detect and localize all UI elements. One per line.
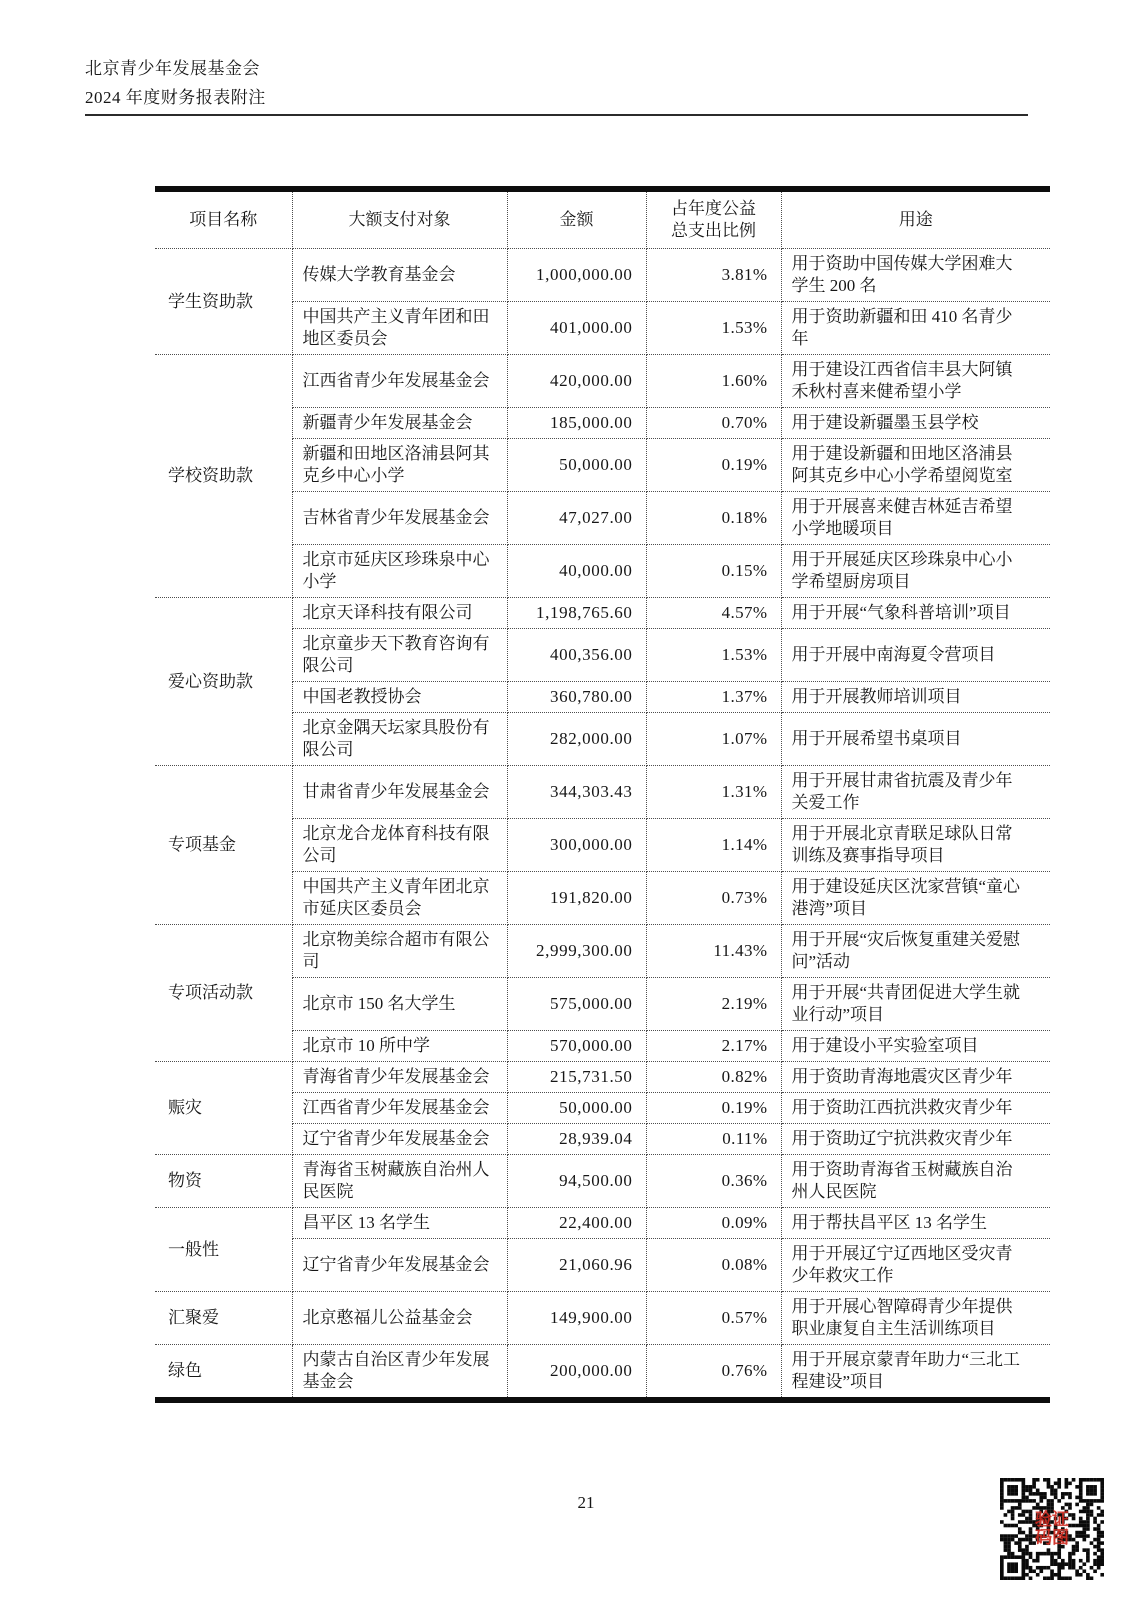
- ratio-cell: 2.19%: [646, 978, 781, 1031]
- purpose-cell: 用于资助青海地震灾区青少年: [781, 1062, 1050, 1093]
- group-name-cell: 学校资助款: [155, 355, 292, 598]
- payee-cell: 青海省玉树藏族自治州人民医院: [292, 1155, 507, 1208]
- table-row: 赈灾 青海省青少年发展基金会 215,731.50 0.82% 用于资助青海地震…: [155, 1062, 1050, 1093]
- payee-cell: 江西省青少年发展基金会: [292, 1093, 507, 1124]
- amount-cell: 1,000,000.00: [507, 249, 646, 302]
- ratio-cell: 3.81%: [646, 249, 781, 302]
- payee-cell: 昌平区 13 名学生: [292, 1208, 507, 1239]
- ratio-cell: 0.76%: [646, 1345, 781, 1401]
- payee-cell: 青海省青少年发展基金会: [292, 1062, 507, 1093]
- purpose-cell: 用于开展延庆区珍珠泉中心小学希望厨房项目: [781, 545, 1050, 598]
- payments-table: 项目名称 大额支付对象 金额 占年度公益总支出比例 用途 学生资助款 传媒大学教…: [155, 186, 1050, 1403]
- ratio-cell: 0.19%: [646, 1093, 781, 1124]
- amount-cell: 28,939.04: [507, 1124, 646, 1155]
- ratio-cell: 0.15%: [646, 545, 781, 598]
- purpose-cell: 用于建设江西省信丰县大阿镇禾秋村喜来健希望小学: [781, 355, 1050, 408]
- group-name-cell: 绿色: [155, 1345, 292, 1401]
- group-name-cell: 汇聚爱: [155, 1292, 292, 1345]
- amount-cell: 50,000.00: [507, 1093, 646, 1124]
- amount-cell: 185,000.00: [507, 408, 646, 439]
- ratio-cell: 0.57%: [646, 1292, 781, 1345]
- payee-cell: 中国老教授协会: [292, 682, 507, 713]
- ratio-cell: 1.37%: [646, 682, 781, 713]
- payee-cell: 新疆和田地区洛浦县阿其克乡中心小学: [292, 439, 507, 492]
- group-name-cell: 专项基金: [155, 766, 292, 925]
- column-header-ratio: 占年度公益总支出比例: [646, 189, 781, 249]
- amount-cell: 191,820.00: [507, 872, 646, 925]
- page-number: 21: [578, 1493, 595, 1513]
- amount-cell: 360,780.00: [507, 682, 646, 713]
- payee-cell: 甘肃省青少年发展基金会: [292, 766, 507, 819]
- group-name-cell: 物资: [155, 1155, 292, 1208]
- ratio-cell: 1.53%: [646, 629, 781, 682]
- table-row: 学生资助款 传媒大学教育基金会 1,000,000.00 3.81% 用于资助中…: [155, 249, 1050, 302]
- purpose-cell: 用于资助中国传媒大学困难大学生 200 名: [781, 249, 1050, 302]
- table-group: 学生资助款 传媒大学教育基金会 1,000,000.00 3.81% 用于资助中…: [155, 249, 1050, 355]
- payee-cell: 北京市 10 所中学: [292, 1031, 507, 1062]
- amount-cell: 47,027.00: [507, 492, 646, 545]
- table-row: 物资 青海省玉树藏族自治州人民医院 94,500.00 0.36% 用于资助青海…: [155, 1155, 1050, 1208]
- purpose-cell: 用于建设小平实验室项目: [781, 1031, 1050, 1062]
- payee-cell: 内蒙古自治区青少年发展基金会: [292, 1345, 507, 1401]
- group-name-cell: 学生资助款: [155, 249, 292, 355]
- amount-cell: 1,198,765.60: [507, 598, 646, 629]
- header-rule: [85, 114, 1028, 116]
- payee-cell: 北京龙合龙体育科技有限公司: [292, 819, 507, 872]
- column-header-project: 项目名称: [155, 189, 292, 249]
- table-group: 一般性 昌平区 13 名学生 22,400.00 0.09% 用于帮扶昌平区 1…: [155, 1208, 1050, 1292]
- ratio-cell: 11.43%: [646, 925, 781, 978]
- table-header-row: 项目名称 大额支付对象 金额 占年度公益总支出比例 用途: [155, 189, 1050, 249]
- table-header-group: 项目名称 大额支付对象 金额 占年度公益总支出比例 用途: [155, 189, 1050, 249]
- purpose-cell: 用于开展教师培训项目: [781, 682, 1050, 713]
- amount-cell: 40,000.00: [507, 545, 646, 598]
- ratio-cell: 0.18%: [646, 492, 781, 545]
- ratio-cell: 4.57%: [646, 598, 781, 629]
- ratio-cell: 0.19%: [646, 439, 781, 492]
- ratio-cell: 0.73%: [646, 872, 781, 925]
- table-group: 专项活动款 北京物美综合超市有限公司 2,999,300.00 11.43% 用…: [155, 925, 1050, 1062]
- ratio-cell: 1.60%: [646, 355, 781, 408]
- purpose-cell: 用于资助江西抗洪救灾青少年: [781, 1093, 1050, 1124]
- table-group: 赈灾 青海省青少年发展基金会 215,731.50 0.82% 用于资助青海地震…: [155, 1062, 1050, 1155]
- group-name-cell: 一般性: [155, 1208, 292, 1292]
- payee-cell: 北京市延庆区珍珠泉中心小学: [292, 545, 507, 598]
- table-group: 汇聚爱 北京憨福儿公益基金会 149,900.00 0.57% 用于开展心智障碍…: [155, 1292, 1050, 1345]
- amount-cell: 149,900.00: [507, 1292, 646, 1345]
- amount-cell: 300,000.00: [507, 819, 646, 872]
- amount-cell: 282,000.00: [507, 713, 646, 766]
- purpose-cell: 用于开展希望书桌项目: [781, 713, 1050, 766]
- ratio-cell: 0.36%: [646, 1155, 781, 1208]
- payee-cell: 辽宁省青少年发展基金会: [292, 1124, 507, 1155]
- purpose-cell: 用于开展辽宁辽西地区受灾青少年救灾工作: [781, 1239, 1050, 1292]
- payee-cell: 中国共产主义青年团和田地区委员会: [292, 302, 507, 355]
- ratio-cell: 1.07%: [646, 713, 781, 766]
- group-name-cell: 赈灾: [155, 1062, 292, 1155]
- amount-cell: 400,356.00: [507, 629, 646, 682]
- purpose-cell: 用于帮扶昌平区 13 名学生: [781, 1208, 1050, 1239]
- column-header-purpose: 用途: [781, 189, 1050, 249]
- purpose-cell: 用于开展北京青联足球队日常训练及赛事指导项目: [781, 819, 1050, 872]
- purpose-cell: 用于资助辽宁抗洪救灾青少年: [781, 1124, 1050, 1155]
- payee-cell: 北京童步天下教育咨询有限公司: [292, 629, 507, 682]
- ratio-cell: 0.70%: [646, 408, 781, 439]
- payee-cell: 北京金隅天坛家具股份有限公司: [292, 713, 507, 766]
- amount-cell: 570,000.00: [507, 1031, 646, 1062]
- ratio-cell: 1.14%: [646, 819, 781, 872]
- table-row: 一般性 昌平区 13 名学生 22,400.00 0.09% 用于帮扶昌平区 1…: [155, 1208, 1050, 1239]
- purpose-cell: 用于开展心智障碍青少年提供职业康复自主生活训练项目: [781, 1292, 1050, 1345]
- org-name: 北京青少年发展基金会: [85, 54, 266, 83]
- column-header-amount: 金额: [507, 189, 646, 249]
- ratio-cell: 1.53%: [646, 302, 781, 355]
- purpose-cell: 用于开展“灾后恢复重建关爱慰问”活动: [781, 925, 1050, 978]
- ratio-cell: 0.09%: [646, 1208, 781, 1239]
- purpose-cell: 用于建设新疆墨玉县学校: [781, 408, 1050, 439]
- group-name-cell: 爱心资助款: [155, 598, 292, 766]
- table-group: 爱心资助款 北京天译科技有限公司 1,198,765.60 4.57% 用于开展…: [155, 598, 1050, 766]
- purpose-cell: 用于资助青海省玉树藏族自治州人民医院: [781, 1155, 1050, 1208]
- ratio-cell: 1.31%: [646, 766, 781, 819]
- amount-cell: 94,500.00: [507, 1155, 646, 1208]
- payee-cell: 江西省青少年发展基金会: [292, 355, 507, 408]
- table-row: 绿色 内蒙古自治区青少年发展基金会 200,000.00 0.76% 用于开展京…: [155, 1345, 1050, 1401]
- group-name-cell: 专项活动款: [155, 925, 292, 1062]
- table-row: 汇聚爱 北京憨福儿公益基金会 149,900.00 0.57% 用于开展心智障碍…: [155, 1292, 1050, 1345]
- amount-cell: 344,303.43: [507, 766, 646, 819]
- ratio-cell: 2.17%: [646, 1031, 781, 1062]
- amount-cell: 50,000.00: [507, 439, 646, 492]
- table-row: 爱心资助款 北京天译科技有限公司 1,198,765.60 4.57% 用于开展…: [155, 598, 1050, 629]
- table-row: 专项活动款 北京物美综合超市有限公司 2,999,300.00 11.43% 用…: [155, 925, 1050, 978]
- table-row: 专项基金 甘肃省青少年发展基金会 344,303.43 1.31% 用于开展甘肃…: [155, 766, 1050, 819]
- ratio-cell: 0.82%: [646, 1062, 781, 1093]
- amount-cell: 215,731.50: [507, 1062, 646, 1093]
- doc-title: 2024 年度财务报表附注: [85, 83, 266, 112]
- table-group: 物资 青海省玉树藏族自治州人民医院 94,500.00 0.36% 用于资助青海…: [155, 1155, 1050, 1208]
- payee-cell: 中国共产主义青年团北京市延庆区委员会: [292, 872, 507, 925]
- purpose-cell: 用于开展中南海夏令营项目: [781, 629, 1050, 682]
- amount-cell: 575,000.00: [507, 978, 646, 1031]
- purpose-cell: 用于资助新疆和田 410 名青少年: [781, 302, 1050, 355]
- payee-cell: 北京天译科技有限公司: [292, 598, 507, 629]
- table-group: 专项基金 甘肃省青少年发展基金会 344,303.43 1.31% 用于开展甘肃…: [155, 766, 1050, 925]
- payee-cell: 辽宁省青少年发展基金会: [292, 1239, 507, 1292]
- qr-code: 验证 码图: [1000, 1478, 1104, 1580]
- purpose-cell: 用于开展“气象科普培训”项目: [781, 598, 1050, 629]
- purpose-cell: 用于建设延庆区沈家营镇“童心港湾”项目: [781, 872, 1050, 925]
- qr-code-pattern: [1000, 1478, 1104, 1580]
- purpose-cell: 用于开展甘肃省抗震及青少年关爱工作: [781, 766, 1050, 819]
- purpose-cell: 用于开展京蒙青年助力“三北工程建设”项目: [781, 1345, 1050, 1401]
- payee-cell: 北京市 150 名大学生: [292, 978, 507, 1031]
- payee-cell: 北京物美综合超市有限公司: [292, 925, 507, 978]
- payee-cell: 新疆青少年发展基金会: [292, 408, 507, 439]
- payee-cell: 传媒大学教育基金会: [292, 249, 507, 302]
- amount-cell: 21,060.96: [507, 1239, 646, 1292]
- ratio-cell: 0.08%: [646, 1239, 781, 1292]
- table-group: 绿色 内蒙古自治区青少年发展基金会 200,000.00 0.76% 用于开展京…: [155, 1345, 1050, 1401]
- payee-cell: 北京憨福儿公益基金会: [292, 1292, 507, 1345]
- document-page: 北京青少年发展基金会 2024 年度财务报表附注 项目名称 大额支付对象 金额 …: [0, 0, 1131, 1600]
- document-header: 北京青少年发展基金会 2024 年度财务报表附注: [85, 54, 266, 112]
- purpose-cell: 用于开展“共青团促进大学生就业行动”项目: [781, 978, 1050, 1031]
- column-header-payee: 大额支付对象: [292, 189, 507, 249]
- amount-cell: 420,000.00: [507, 355, 646, 408]
- ratio-cell: 0.11%: [646, 1124, 781, 1155]
- amount-cell: 22,400.00: [507, 1208, 646, 1239]
- table-row: 学校资助款 江西省青少年发展基金会 420,000.00 1.60% 用于建设江…: [155, 355, 1050, 408]
- table-group: 学校资助款 江西省青少年发展基金会 420,000.00 1.60% 用于建设江…: [155, 355, 1050, 598]
- amount-cell: 2,999,300.00: [507, 925, 646, 978]
- purpose-cell: 用于开展喜来健吉林延吉希望小学地暖项目: [781, 492, 1050, 545]
- amount-cell: 200,000.00: [507, 1345, 646, 1401]
- purpose-cell: 用于建设新疆和田地区洛浦县阿其克乡中心小学希望阅览室: [781, 439, 1050, 492]
- payee-cell: 吉林省青少年发展基金会: [292, 492, 507, 545]
- amount-cell: 401,000.00: [507, 302, 646, 355]
